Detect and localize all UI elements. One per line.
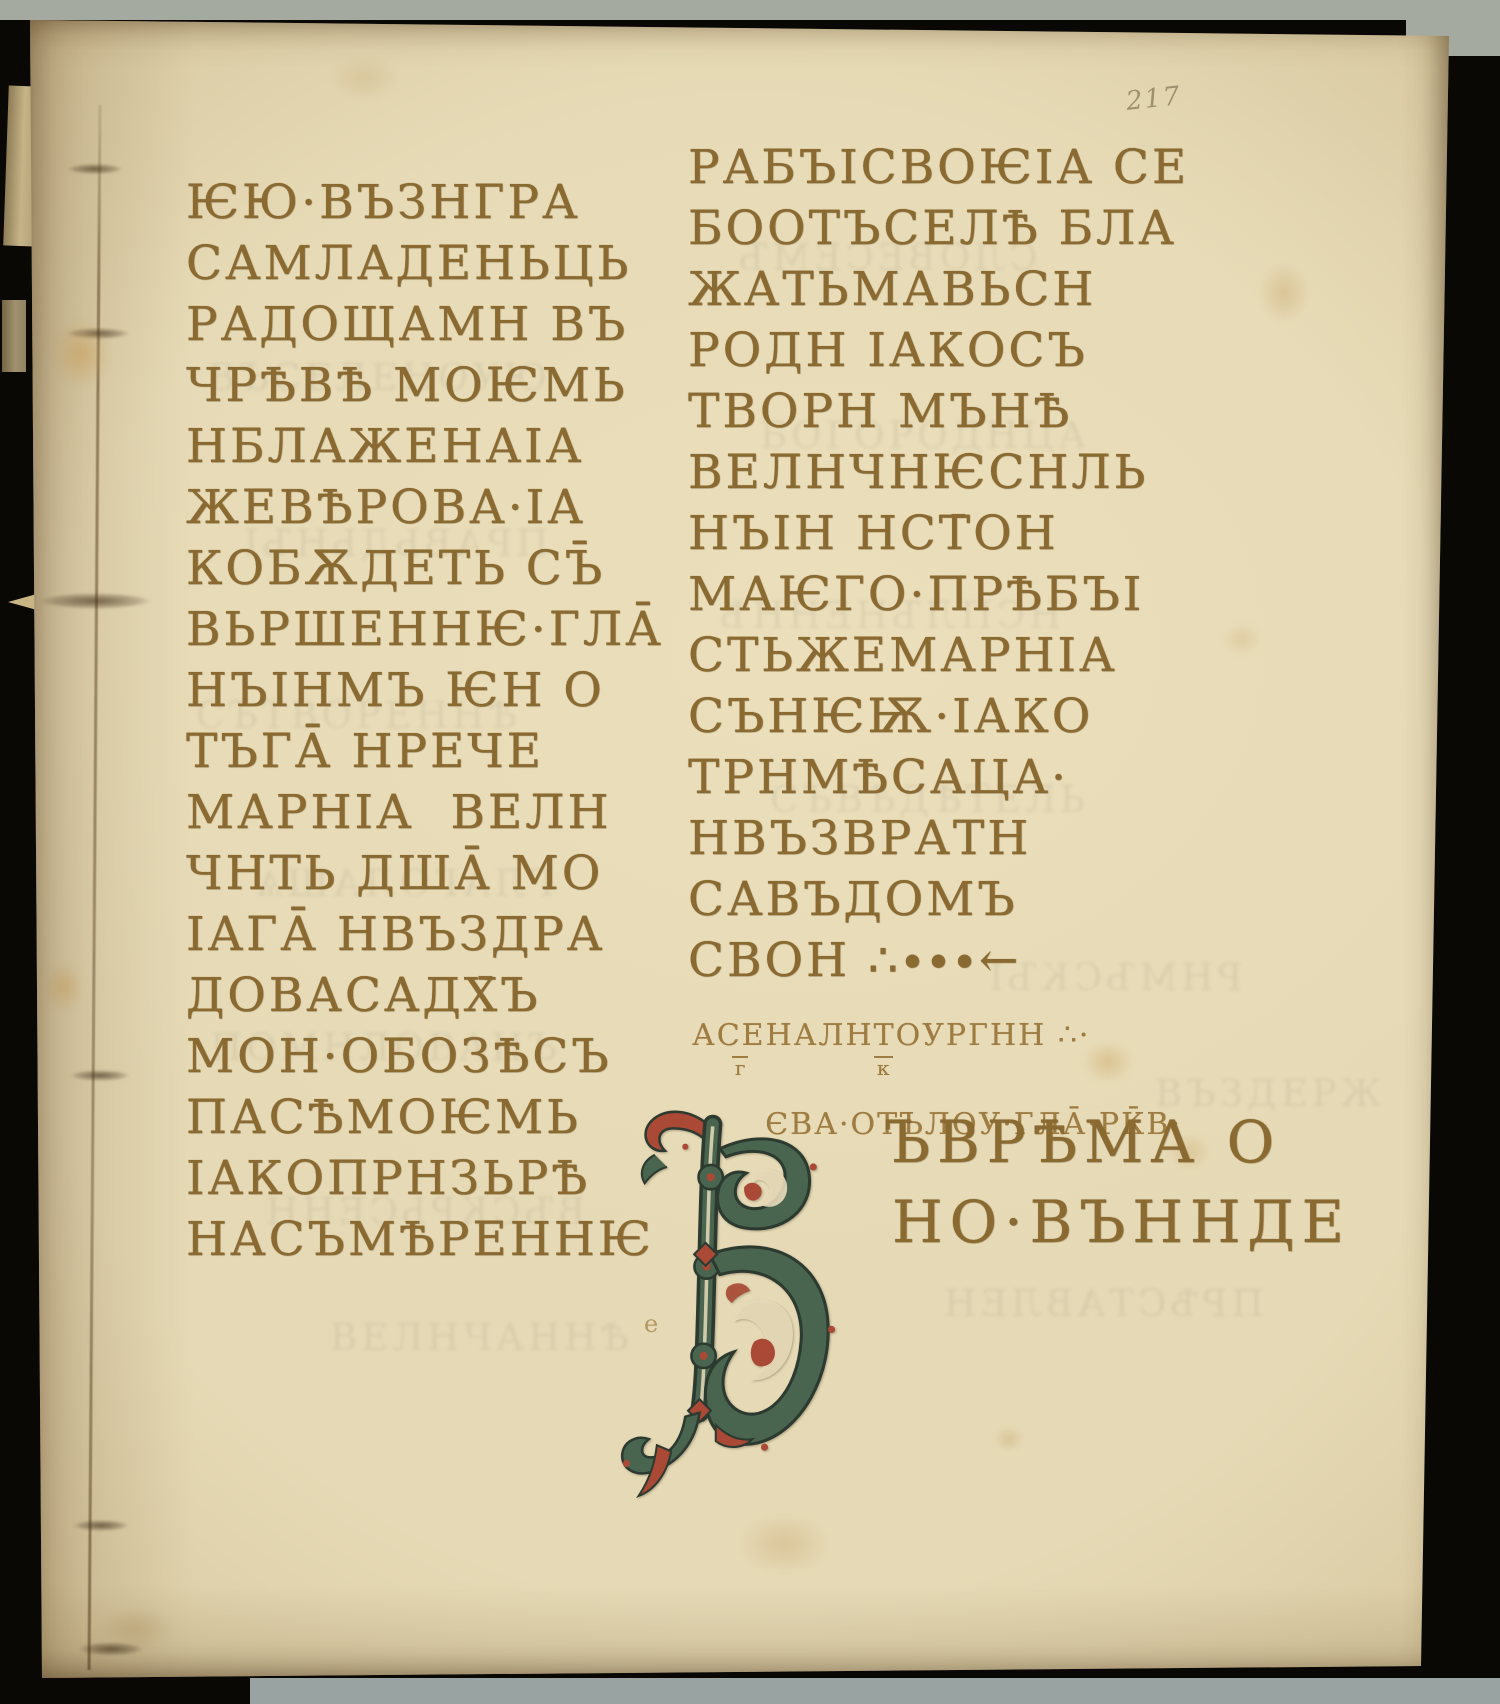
incipit-line-1: ЪВРѢМА О: [884, 1108, 1281, 1176]
text-line: ДОВАСАДХ̄Ъ: [186, 965, 664, 1026]
stain-spot: [330, 56, 400, 100]
sewing-station: [64, 1518, 138, 1533]
rubric-superscript-g: г: [732, 1056, 748, 1078]
text-line: ТЪГА̄ НРЕЧЕ: [186, 721, 664, 782]
text-line: РАДОЩАМН ВЪ: [186, 294, 664, 355]
stain-spot: [1222, 622, 1262, 656]
text-column-left: ѤЮ·ВЪЗНГРАСАМЛАДЕНЬЦЬРАДОЩАМН ВЪЧРѢВѢ МО…: [186, 172, 664, 1270]
manuscript-photo: ВЪСЕЛЕНОУЮПРАВЬДЬНЪІСЪТВОРЕННѢГЛАГОЛАШѦП…: [0, 0, 1500, 1704]
text-line: САВЪДОМЪ: [688, 869, 1189, 930]
folio-number: 217: [1125, 81, 1183, 117]
text-line: МОН·ОБОЗѢСЪ: [186, 1026, 664, 1087]
text-line: МАРНІА ВЕЛН: [186, 782, 664, 843]
text-line: ІАГА̄ НВЪЗДРА: [186, 904, 664, 965]
backing-mat-top: [0, 0, 1500, 20]
text-line: ВЬРШЕННѤ·ГЛА̄: [186, 599, 664, 660]
parchment-page: ВЪСЕЛЕНОУЮПРАВЬДЬНЪІСЪТВОРЕННѢГЛАГОЛАШѦП…: [0, 0, 1500, 1704]
rubric-superscript-k: к: [874, 1056, 893, 1078]
text-line: ТРНМѢСАЦА·: [688, 747, 1189, 808]
text-line: ЧРѢВѢ МОѤМЬ: [186, 355, 664, 416]
text-line: ІАКОПРНЗЬРѢ: [186, 1148, 664, 1209]
text-line: СВОН ∴∙∙∙←: [688, 930, 1189, 991]
stain-spot: [1258, 262, 1310, 324]
text-line: МАѤГО·ПРѢБЪІ: [688, 564, 1189, 625]
text-line: ЖЕВѢРОВА·ІА: [186, 477, 664, 538]
rubric-lection-heading: АСЕНАЛНТОУРГНН ∴·: [692, 1018, 1090, 1053]
stain-spot: [52, 318, 110, 390]
text-line: ЖАТЬМАВЬСН: [688, 259, 1189, 320]
marginal-correction: е: [644, 1310, 658, 1338]
incipit-line-2: НО·ВЪННДЕ: [892, 1188, 1351, 1256]
backing-mat-bottom: [250, 1678, 1500, 1704]
stain-spot: [994, 1426, 1024, 1452]
text-line: НЪІНМЪ ѤН О: [186, 660, 664, 721]
stain-spot: [44, 962, 84, 1012]
text-line: ВЕЛНЧНѤСНЛЬ: [688, 442, 1189, 503]
text-line: НБЛАЖЕНАІА: [186, 416, 664, 477]
text-line: САМЛАДЕНЬЦЬ: [186, 233, 664, 294]
text-column-right: РАБЪІСВОѤІА СЕБООТЪСЕЛѢ БЛАЖАТЬМАВЬСНРОД…: [688, 137, 1189, 991]
text-line: ПАСѢМОѤМЬ: [186, 1087, 664, 1148]
sewing-station: [60, 1068, 140, 1083]
quire-edge-flap: [2, 300, 26, 372]
sewing-station: [58, 162, 132, 176]
showthrough-text: ПРѢСТАВЛЕН: [940, 1282, 1264, 1325]
showthrough-text: ВЕЛНЧАННѢ: [330, 1316, 633, 1359]
ornate-initial-V: [612, 1102, 850, 1498]
text-line: РОДН ІАКОСЪ: [688, 320, 1189, 381]
sewing-station: [20, 590, 170, 612]
text-line: ѤЮ·ВЪЗНГРА: [186, 172, 664, 233]
text-line: НАСЪМѢРЕННѤ: [186, 1209, 664, 1270]
text-line: РАБЪІСВОѤІА СЕ: [688, 137, 1189, 198]
text-line: СЪНѤѬ·ІАКО: [688, 686, 1189, 747]
stain-spot: [736, 1512, 832, 1576]
text-line: ТВОРН МЪНѢ: [688, 381, 1189, 442]
text-line: НВЪЗВРАТН: [688, 808, 1189, 869]
text-line: ЧНТЬ ДША̄ МО: [186, 843, 664, 904]
stain-spot: [96, 1606, 174, 1652]
text-line: БООТЪСЕЛѢ БЛА: [688, 198, 1189, 259]
text-line: КОБѪДЕТЬ СЪ̄: [186, 538, 664, 599]
text-line: НЪІН НСТ̄ОН: [688, 503, 1189, 564]
text-line: СТЬЖЕМАРНІА: [688, 625, 1189, 686]
